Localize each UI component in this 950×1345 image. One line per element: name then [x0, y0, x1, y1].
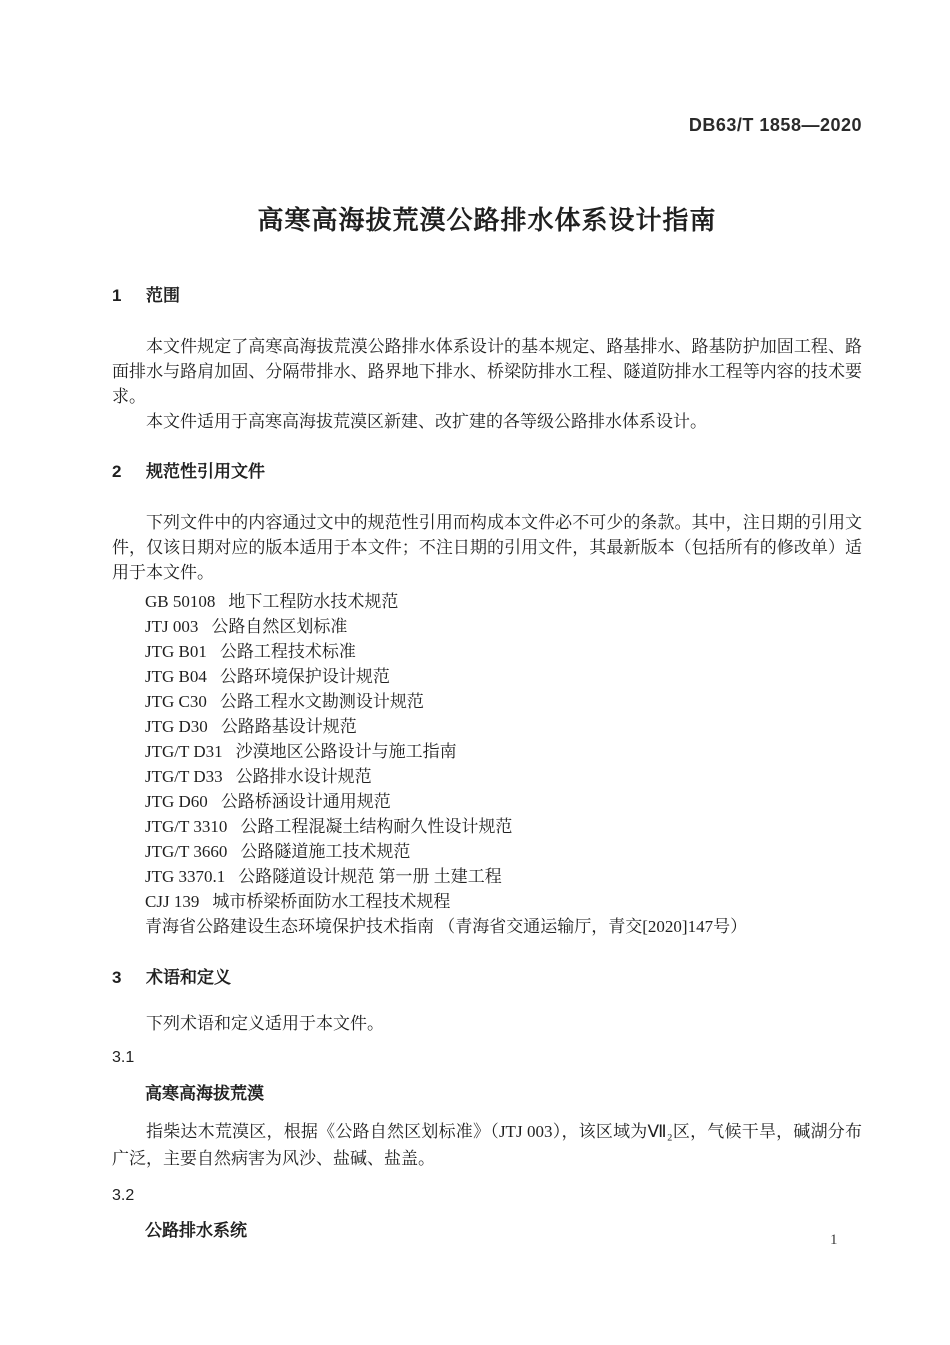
reference-item: JTG D60 公路桥涵设计通用规范 [145, 789, 862, 814]
reference-code: JTG 3370.1 [145, 864, 225, 889]
reference-item: JTG C30 公路工程水文勘测设计规范 [145, 689, 862, 714]
section-1-label: 范围 [146, 286, 180, 305]
reference-code: JTG/T D33 [145, 764, 223, 789]
document-page: DB63/T 1858—2020 高寒高海拔荒漠公路排水体系设计指南 1范围 本… [0, 0, 950, 1345]
section-1-paragraph-1: 本文件规定了高寒高海拔荒漠公路排水体系设计的基本规定、路基排水、路基防护加固工程… [112, 334, 862, 409]
reference-title: 青海省公路建设生态环境保护技术指南 （青海省交通运输厅，青交[2020]147号… [145, 914, 747, 939]
section-3-number: 3 [112, 966, 146, 989]
section-1-paragraph-2: 本文件适用于高寒高海拔荒漠区新建、改扩建的各等级公路排水体系设计。 [112, 409, 862, 434]
section-2-heading: 2规范性引用文件 [112, 460, 862, 483]
reference-item: JTG/T 3660 公路隧道施工技术规范 [145, 839, 862, 864]
reference-title: 公路工程混凝土结构耐久性设计规范 [240, 814, 512, 839]
term-3-1-name: 高寒高海拔荒漠 [145, 1083, 862, 1105]
term-3-1-number: 3.1 [112, 1048, 862, 1068]
term-3-2-number: 3.2 [112, 1186, 862, 1206]
reference-title: 公路环境保护设计规范 [220, 664, 390, 689]
reference-item: 青海省公路建设生态环境保护技术指南 （青海省交通运输厅，青交[2020]147号… [145, 914, 862, 939]
section-2-number: 2 [112, 460, 146, 483]
reference-item: CJJ 139 城市桥梁桥面防水工程技术规程 [145, 889, 862, 914]
reference-title: 公路自然区划标准 [211, 614, 347, 639]
reference-code: JTG D30 [145, 714, 208, 739]
reference-item: JTG D30 公路路基设计规范 [145, 714, 862, 739]
reference-title: 城市桥梁桥面防水工程技术规程 [212, 889, 450, 914]
reference-item: JTG/T D33 公路排水设计规范 [145, 764, 862, 789]
reference-code: JTG B04 [145, 664, 207, 689]
section-1-heading: 1范围 [112, 284, 862, 307]
reference-code: GB 50108 [145, 589, 215, 614]
reference-code: JTG C30 [145, 689, 207, 714]
reference-item: JTJ 003 公路自然区划标准 [145, 614, 862, 639]
reference-code: JTG B01 [145, 639, 207, 664]
term-3-2-name: 公路排水系统 [145, 1220, 862, 1242]
section-1-number: 1 [112, 284, 146, 307]
reference-code: JTG/T 3310 [145, 814, 227, 839]
section-3-label: 术语和定义 [146, 968, 231, 987]
doc-code: DB63/T 1858—2020 [112, 114, 862, 136]
section-3-heading: 3术语和定义 [112, 966, 862, 989]
reference-title: 公路排水设计规范 [236, 764, 372, 789]
section-2-label: 规范性引用文件 [146, 462, 265, 481]
reference-title: 公路隧道施工技术规范 [240, 839, 410, 864]
reference-code: JTG/T D31 [145, 739, 223, 764]
doc-title: 高寒高海拔荒漠公路排水体系设计指南 [112, 202, 862, 238]
reference-list: GB 50108 地下工程防水技术规范 JTJ 003 公路自然区划标准 JTG… [145, 589, 862, 939]
reference-title: 公路工程水文勘测设计规范 [220, 689, 424, 714]
reference-item: JTG 3370.1 公路隧道设计规范 第一册 土建工程 [145, 864, 862, 889]
reference-title: 公路隧道设计规范 第一册 土建工程 [238, 864, 502, 889]
reference-item: JTG B04 公路环境保护设计规范 [145, 664, 862, 689]
reference-title: 公路工程技术标准 [220, 639, 356, 664]
reference-title: 公路桥涵设计通用规范 [221, 789, 391, 814]
reference-item: GB 50108 地下工程防水技术规范 [145, 589, 862, 614]
reference-title: 沙漠地区公路设计与施工指南 [236, 739, 457, 764]
reference-code: JTG/T 3660 [145, 839, 227, 864]
section-2-paragraph-1: 下列文件中的内容通过文中的规范性引用而构成本文件必不可少的条款。其中，注日期的引… [112, 510, 862, 585]
reference-title: 公路路基设计规范 [221, 714, 357, 739]
reference-code: CJJ 139 [145, 889, 199, 914]
reference-item: JTG/T 3310 公路工程混凝土结构耐久性设计规范 [145, 814, 862, 839]
reference-code: JTJ 003 [145, 614, 198, 639]
reference-item: JTG/T D31 沙漠地区公路设计与施工指南 [145, 739, 862, 764]
term-3-1-definition: 指柴达木荒漠区，根据《公路自然区划标准》（JTJ 003），该区域为Ⅶ₂区，气候… [112, 1118, 862, 1172]
page-number: 1 [830, 1232, 838, 1249]
reference-code: JTG D60 [145, 789, 208, 814]
reference-item: JTG B01 公路工程技术标准 [145, 639, 862, 664]
reference-title: 地下工程防水技术规范 [228, 589, 398, 614]
section-3-intro: 下列术语和定义适用于本文件。 [112, 1011, 862, 1036]
